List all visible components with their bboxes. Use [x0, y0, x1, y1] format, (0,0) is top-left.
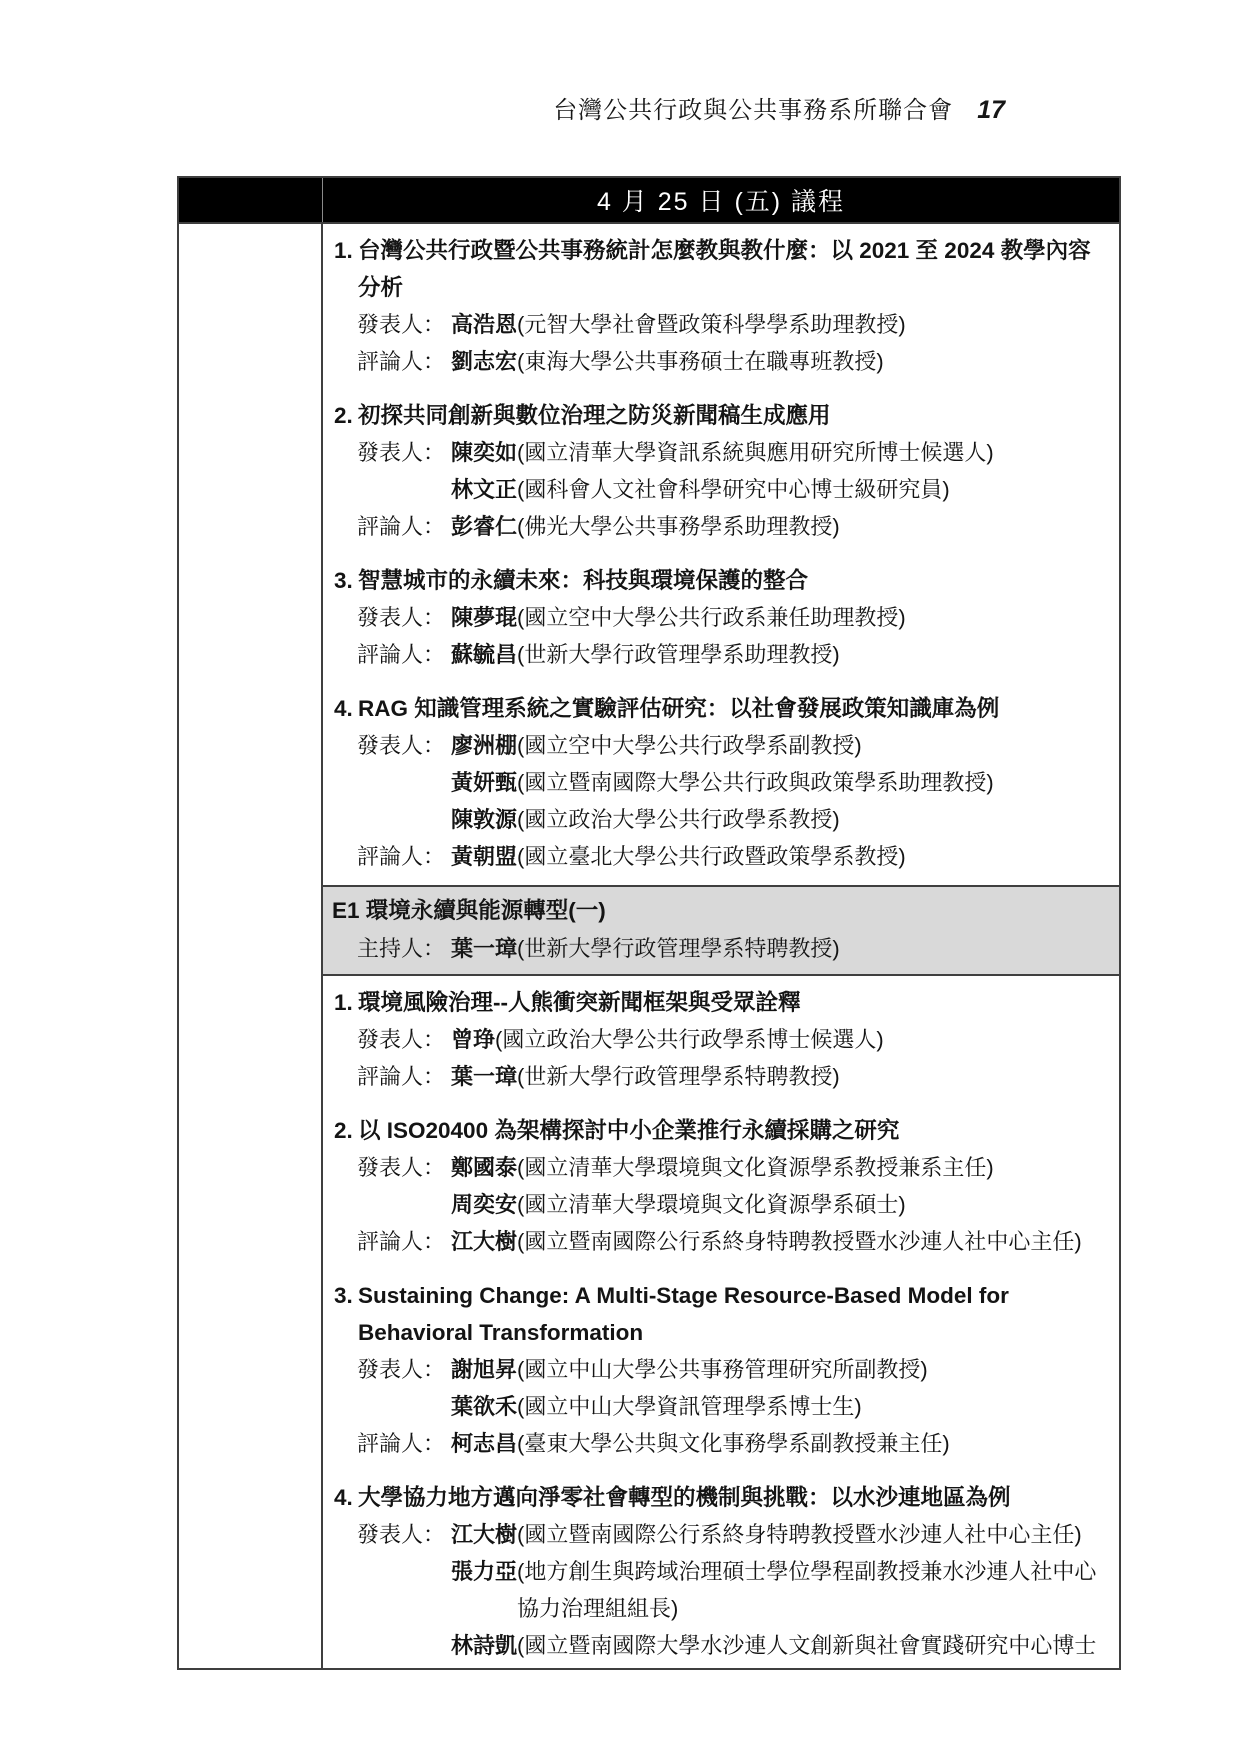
person-name: 高浩恩 [451, 306, 517, 343]
person-affiliation: (國立空中大學公共行政系兼任助理教授) [517, 599, 1101, 636]
person-affiliation: (元智大學社會暨政策科學學系助理教授) [517, 306, 1101, 343]
person-name: 蘇毓昌 [451, 636, 517, 673]
person-name: 黃朝盟 [451, 838, 517, 875]
presenter-line: 發表人： 曾琤 (國立政治大學公共行政學系博士候選人) [357, 1021, 1109, 1058]
item-number: 1. [334, 984, 358, 1021]
person-role-label: 主持人： [357, 930, 451, 968]
person-affiliation: (臺東大學公共與文化事務學系副教授兼主任) [517, 1425, 1101, 1462]
person-name: 江大樹 [451, 1223, 517, 1260]
item-title-line: 3. 智慧城市的永續未來：科技與環境保護的整合 [323, 562, 1109, 599]
person-affiliation: (地方創生與跨域治理碩士學位學程副教授兼水沙連人社中心協力治理組組長) [517, 1553, 1101, 1627]
item-number: 2. [334, 397, 358, 434]
person-name: 江大樹 [451, 1516, 517, 1553]
discussant-line: 評論人： 葉一璋 (世新大學行政管理學系特聘教授) [357, 1058, 1109, 1095]
person-name: 張力亞 [451, 1553, 517, 1627]
agenda-item-e1-2: 2. 以 ISO20400 為架構探討中小企業推行永續採購之研究 發表人： 鄭國… [323, 1112, 1109, 1260]
presenter-line: 發表人： 陳夢琨 (國立空中大學公共行政系兼任助理教授) [357, 599, 1109, 636]
person-affiliation: (國立清華大學環境與文化資源學系碩士) [517, 1186, 1101, 1223]
presenter-line: 發表人： 鄭國泰 (國立清華大學環境與文化資源學系教授兼系主任) [357, 1149, 1109, 1186]
agenda-table: 4 月 25 日 (五) 議程 1. 台灣公共行政暨公共事務統計怎麼教與教什麼：… [177, 176, 1121, 1670]
person-affiliation: (國立暨南國際大學公共行政與政策學系助理教授) [517, 764, 1101, 801]
agenda-date-title: 4 月 25 日 (五) 議程 [323, 178, 1119, 222]
person-affiliation: (國立空中大學公共行政學系副教授) [517, 727, 1101, 764]
person-affiliation: (佛光大學公共事務學系助理教授) [517, 508, 1101, 545]
person-role-label: 發表人： [357, 599, 451, 636]
agenda-item-2: 2. 初探共同創新與數位治理之防災新聞稿生成應用 發表人： 陳奕如 (國立清華大… [323, 397, 1109, 545]
person-affiliation: (國立政治大學公共行政學系教授) [517, 801, 1101, 838]
person-affiliation: (國立暨南國際大學水沙連人文創新與社會實踐研究中心博士後研究人員) [517, 1627, 1101, 1668]
item-title-line: 2. 以 ISO20400 為架構探討中小企業推行永續採購之研究 [323, 1112, 1109, 1149]
content-column: 1. 台灣公共行政暨公共事務統計怎麼教與教什麼：以 2021 至 2024 教學… [323, 224, 1119, 1668]
person-role-label: 評論人： [357, 636, 451, 673]
person-affiliation: (國立中山大學資訊管理學系博士生) [517, 1388, 1101, 1425]
agenda-item-3: 3. 智慧城市的永續未來：科技與環境保護的整合 發表人： 陳夢琨 (國立空中大學… [323, 562, 1109, 673]
person-name: 謝旭昇 [451, 1351, 517, 1388]
document-page: 台灣公共行政與公共事務系所聯合會 17 4 月 25 日 (五) 議程 1. 台… [0, 0, 1241, 1755]
presenter-line: 發表人： 廖洲棚 (國立空中大學公共行政學系副教授) [357, 727, 1109, 764]
person-affiliation: (世新大學行政管理學系助理教授) [517, 636, 1101, 673]
discussant-line: 評論人： 黃朝盟 (國立臺北大學公共行政暨政策學系教授) [357, 838, 1109, 875]
item-number: 3. [334, 562, 358, 599]
person-name: 鄭國泰 [451, 1149, 517, 1186]
co-presenter-line: 葉欲禾 (國立中山大學資訊管理學系博士生) [357, 1388, 1109, 1425]
person-affiliation: (國立暨南國際公行系終身特聘教授暨水沙連人社中心主任) [517, 1516, 1101, 1553]
person-name: 葉一璋 [451, 1058, 517, 1095]
person-role-label [357, 1186, 451, 1223]
agenda-item-e1-3: 3. Sustaining Change: A Multi-Stage Reso… [323, 1277, 1109, 1462]
item-number: 3. [334, 1277, 358, 1351]
agenda-item-e1-1: 1. 環境風險治理--人熊衝突新聞框架與受眾詮釋 發表人： 曾琤 (國立政治大學… [323, 984, 1109, 1095]
item-title: 初探共同創新與數位治理之防災新聞稿生成應用 [358, 397, 1109, 434]
agenda-item-1: 1. 台灣公共行政暨公共事務統計怎麼教與教什麼：以 2021 至 2024 教學… [323, 232, 1109, 380]
person-role-label: 評論人： [357, 1223, 451, 1260]
discussant-line: 評論人： 彭睿仁 (佛光大學公共事務學系助理教授) [357, 508, 1109, 545]
person-role-label [357, 764, 451, 801]
person-role-label: 發表人： [357, 1351, 451, 1388]
item-title: 智慧城市的永續未來：科技與環境保護的整合 [358, 562, 1109, 599]
person-role-label: 評論人： [357, 838, 451, 875]
agenda-item-e1-4: 4. 大學協力地方邁向淨零社會轉型的機制與挑戰：以水沙連地區為例 發表人： 江大… [323, 1479, 1109, 1668]
person-role-label [357, 801, 451, 838]
person-role-label [357, 1388, 451, 1425]
person-role-label: 發表人： [357, 727, 451, 764]
discussant-line: 評論人： 江大樹 (國立暨南國際公行系終身特聘教授暨水沙連人社中心主任) [357, 1223, 1109, 1260]
item-title: 以 ISO20400 為架構探討中小企業推行永續採購之研究 [358, 1112, 1109, 1149]
co-presenter-line: 周奕安 (國立清華大學環境與文化資源學系碩士) [357, 1186, 1109, 1223]
person-affiliation: (國立清華大學環境與文化資源學系教授兼系主任) [517, 1149, 1101, 1186]
person-name: 陳敦源 [451, 801, 517, 838]
header-left-cell [179, 178, 323, 222]
person-role-label: 發表人： [357, 306, 451, 343]
person-role-label: 評論人： [357, 343, 451, 380]
person-affiliation: (東海大學公共事務碩士在職專班教授) [517, 343, 1101, 380]
person-name: 林文正 [451, 471, 517, 508]
running-head: 台灣公共行政與公共事務系所聯合會 17 [553, 90, 1005, 125]
item-title: 環境風險治理--人熊衝突新聞框架與受眾詮釋 [358, 984, 1109, 1021]
item-title: RAG 知識管理系統之實驗評估研究：以社會發展政策知識庫為例 [358, 690, 1109, 727]
co-presenter-line: 陳敦源 (國立政治大學公共行政學系教授) [357, 801, 1109, 838]
item-title-line: 4. 大學協力地方邁向淨零社會轉型的機制與挑戰：以水沙連地區為例 [323, 1479, 1109, 1516]
item-title-line: 2. 初探共同創新與數位治理之防災新聞稿生成應用 [323, 397, 1109, 434]
person-name: 柯志昌 [451, 1425, 517, 1462]
presenter-line: 發表人： 陳奕如 (國立清華大學資訊系統與應用研究所博士候選人) [357, 434, 1109, 471]
person-name: 葉一璋 [451, 930, 517, 968]
person-affiliation: (國立臺北大學公共行政暨政策學系教授) [517, 838, 1101, 875]
item-title: Sustaining Change: A Multi-Stage Resourc… [358, 1277, 1109, 1351]
co-presenter-line: 黃妍甄 (國立暨南國際大學公共行政與政策學系助理教授) [357, 764, 1109, 801]
item-number: 4. [334, 1479, 358, 1516]
person-role-label [357, 1627, 451, 1668]
person-affiliation: (國立政治大學公共行政學系博士候選人) [495, 1021, 1101, 1058]
person-name: 周奕安 [451, 1186, 517, 1223]
item-number: 4. [334, 690, 358, 727]
co-presenter-line: 林詩凱 (國立暨南國際大學水沙連人文創新與社會實踐研究中心博士後研究人員) [357, 1627, 1109, 1668]
item-title-line: 1. 環境風險治理--人熊衝突新聞框架與受眾詮釋 [323, 984, 1109, 1021]
item-title: 大學協力地方邁向淨零社會轉型的機制與挑戰：以水沙連地區為例 [358, 1479, 1109, 1516]
page-number: 17 [977, 96, 1005, 125]
discussant-line: 評論人： 劉志宏 (東海大學公共事務碩士在職專班教授) [357, 343, 1109, 380]
person-role-label [357, 471, 451, 508]
person-name: 黃妍甄 [451, 764, 517, 801]
person-role-label: 發表人： [357, 1149, 451, 1186]
person-role-label: 評論人： [357, 1425, 451, 1462]
item-title-line: 4. RAG 知識管理系統之實驗評估研究：以社會發展政策知識庫為例 [323, 690, 1109, 727]
person-role-label: 發表人： [357, 434, 451, 471]
section-title: E1 環境永續與能源轉型(一) [323, 892, 1119, 930]
item-title: 台灣公共行政暨公共事務統計怎麼教與教什麼：以 2021 至 2024 教學內容分… [358, 232, 1109, 306]
person-affiliation: (國立暨南國際公行系終身特聘教授暨水沙連人社中心主任) [517, 1223, 1101, 1260]
person-name: 廖洲棚 [451, 727, 517, 764]
session-block-1: 1. 台灣公共行政暨公共事務統計怎麼教與教什麼：以 2021 至 2024 教學… [323, 224, 1119, 885]
person-name: 劉志宏 [451, 343, 517, 380]
person-name: 林詩凱 [451, 1627, 517, 1668]
item-number: 1. [334, 232, 358, 306]
item-title-line: 1. 台灣公共行政暨公共事務統計怎麼教與教什麼：以 2021 至 2024 教學… [323, 232, 1109, 306]
agenda-header-row: 4 月 25 日 (五) 議程 [179, 178, 1119, 222]
person-affiliation: (國立中山大學公共事務管理研究所副教授) [517, 1351, 1101, 1388]
person-name: 彭睿仁 [451, 508, 517, 545]
item-title-line: 3. Sustaining Change: A Multi-Stage Reso… [323, 1277, 1109, 1351]
person-role-label: 發表人： [357, 1021, 451, 1058]
time-column [179, 224, 323, 1668]
discussant-line: 評論人： 柯志昌 (臺東大學公共與文化事務學系副教授兼主任) [357, 1425, 1109, 1462]
discussant-line: 評論人： 蘇毓昌 (世新大學行政管理學系助理教授) [357, 636, 1109, 673]
agenda-body: 1. 台灣公共行政暨公共事務統計怎麼教與教什麼：以 2021 至 2024 教學… [179, 222, 1119, 1668]
person-role-label: 評論人： [357, 508, 451, 545]
section-header-e1: E1 環境永續與能源轉型(一) 主持人： 葉一璋 (世新大學行政管理學系特聘教授… [323, 885, 1119, 976]
item-number: 2. [334, 1112, 358, 1149]
person-affiliation: (國科會人文社會科學研究中心博士級研究員) [517, 471, 1101, 508]
person-name: 陳夢琨 [451, 599, 517, 636]
organization-title: 台灣公共行政與公共事務系所聯合會 [553, 90, 953, 125]
presenter-line: 發表人： 謝旭昇 (國立中山大學公共事務管理研究所副教授) [357, 1351, 1109, 1388]
agenda-item-4: 4. RAG 知識管理系統之實驗評估研究：以社會發展政策知識庫為例 發表人： 廖… [323, 690, 1109, 875]
co-presenter-line: 林文正 (國科會人文社會科學研究中心博士級研究員) [357, 471, 1109, 508]
person-name: 曾琤 [451, 1021, 495, 1058]
person-affiliation: (世新大學行政管理學系特聘教授) [517, 1058, 1101, 1095]
session-block-e1: 1. 環境風險治理--人熊衝突新聞框架與受眾詮釋 發表人： 曾琤 (國立政治大學… [323, 976, 1119, 1668]
person-role-label [357, 1553, 451, 1627]
person-role-label: 發表人： [357, 1516, 451, 1553]
co-presenter-line: 張力亞 (地方創生與跨域治理碩士學位學程副教授兼水沙連人社中心協力治理組組長) [357, 1553, 1109, 1627]
presenter-line: 發表人： 江大樹 (國立暨南國際公行系終身特聘教授暨水沙連人社中心主任) [357, 1516, 1109, 1553]
person-name: 葉欲禾 [451, 1388, 517, 1425]
person-affiliation: (世新大學行政管理學系特聘教授) [517, 930, 1111, 968]
person-role-label: 評論人： [357, 1058, 451, 1095]
moderator-line: 主持人： 葉一璋 (世新大學行政管理學系特聘教授) [357, 930, 1119, 968]
person-affiliation: (國立清華大學資訊系統與應用研究所博士候選人) [517, 434, 1101, 471]
presenter-line: 發表人： 高浩恩 (元智大學社會暨政策科學學系助理教授) [357, 306, 1109, 343]
person-name: 陳奕如 [451, 434, 517, 471]
